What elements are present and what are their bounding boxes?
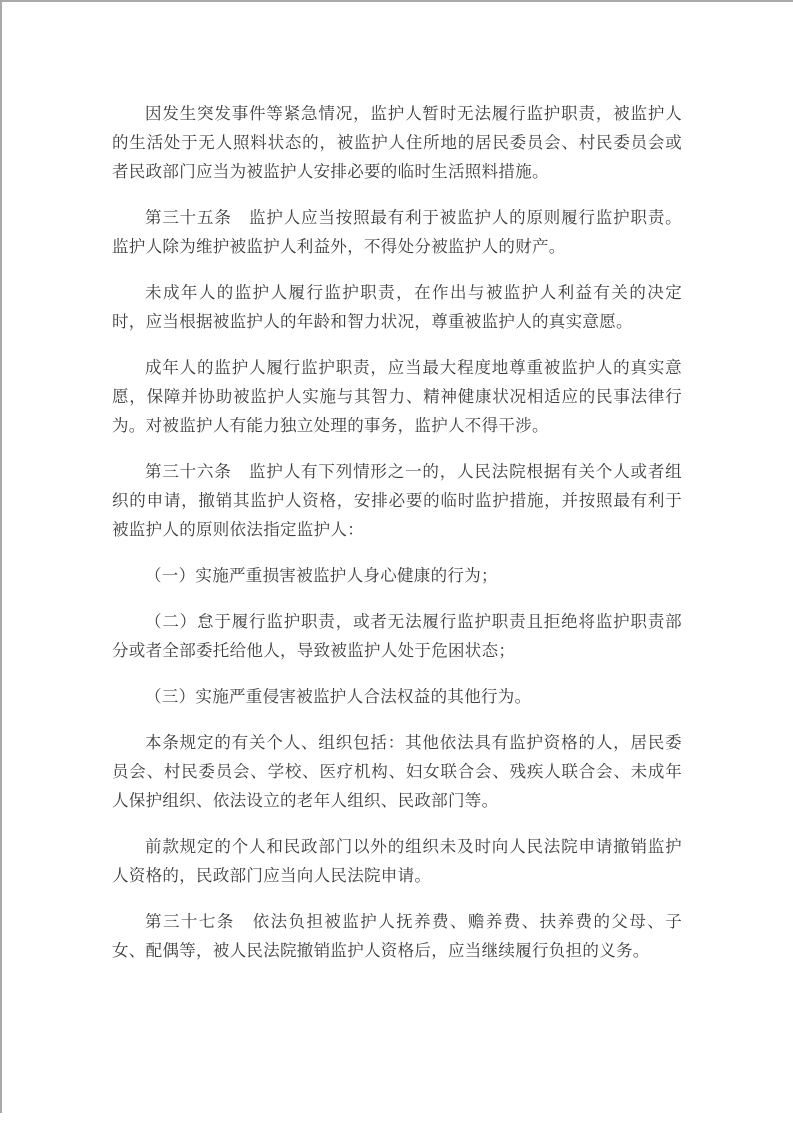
paragraph: 未成年人的监护人履行监护职责，在作出与被监护人利益有关的决定时，应当根据被监护人…: [112, 278, 682, 336]
paragraph: 第三十五条 监护人应当按照最有利于被监护人的原则履行监护职责。监护人除为维护被监…: [112, 203, 682, 261]
document-text-area: 因发生突发事件等紧急情况，监护人暂时无法履行监护职责，被监护人的生活处于无人照料…: [112, 99, 682, 982]
paragraph: 成年人的监护人履行监护职责，应当最大程度地尊重被监护人的真实意愿，保障并协助被监…: [112, 353, 682, 440]
paragraph: 第三十七条 依法负担被监护人抚养费、赡养费、扶养费的父母、子女、配偶等，被人民法…: [112, 907, 682, 965]
paragraph: 本条规定的有关个人、组织包括：其他依法具有监护资格的人，居民委员会、村民委员会、…: [112, 728, 682, 815]
page-top-edge: [0, 0, 793, 2]
document-page: { "page": { "background": "#ffffff", "ed…: [0, 0, 793, 1122]
paragraph: 前款规定的个人和民政部门以外的组织未及时向人民法院申请撤销监护人资格的，民政部门…: [112, 832, 682, 890]
page-left-edge: [0, 0, 2, 1113]
paragraph: （一）实施严重损害被监护人身心健康的行为；: [112, 561, 682, 590]
paragraph: 第三十六条 监护人有下列情形之一的，人民法院根据有关个人或者组织的申请，撤销其监…: [112, 457, 682, 544]
paragraph: 因发生突发事件等紧急情况，监护人暂时无法履行监护职责，被监护人的生活处于无人照料…: [112, 99, 682, 186]
paragraph: （三）实施严重侵害被监护人合法权益的其他行为。: [112, 682, 682, 711]
paragraph: （二）怠于履行监护职责，或者无法履行监护职责且拒绝将监护职责部分或者全部委托给他…: [112, 607, 682, 665]
